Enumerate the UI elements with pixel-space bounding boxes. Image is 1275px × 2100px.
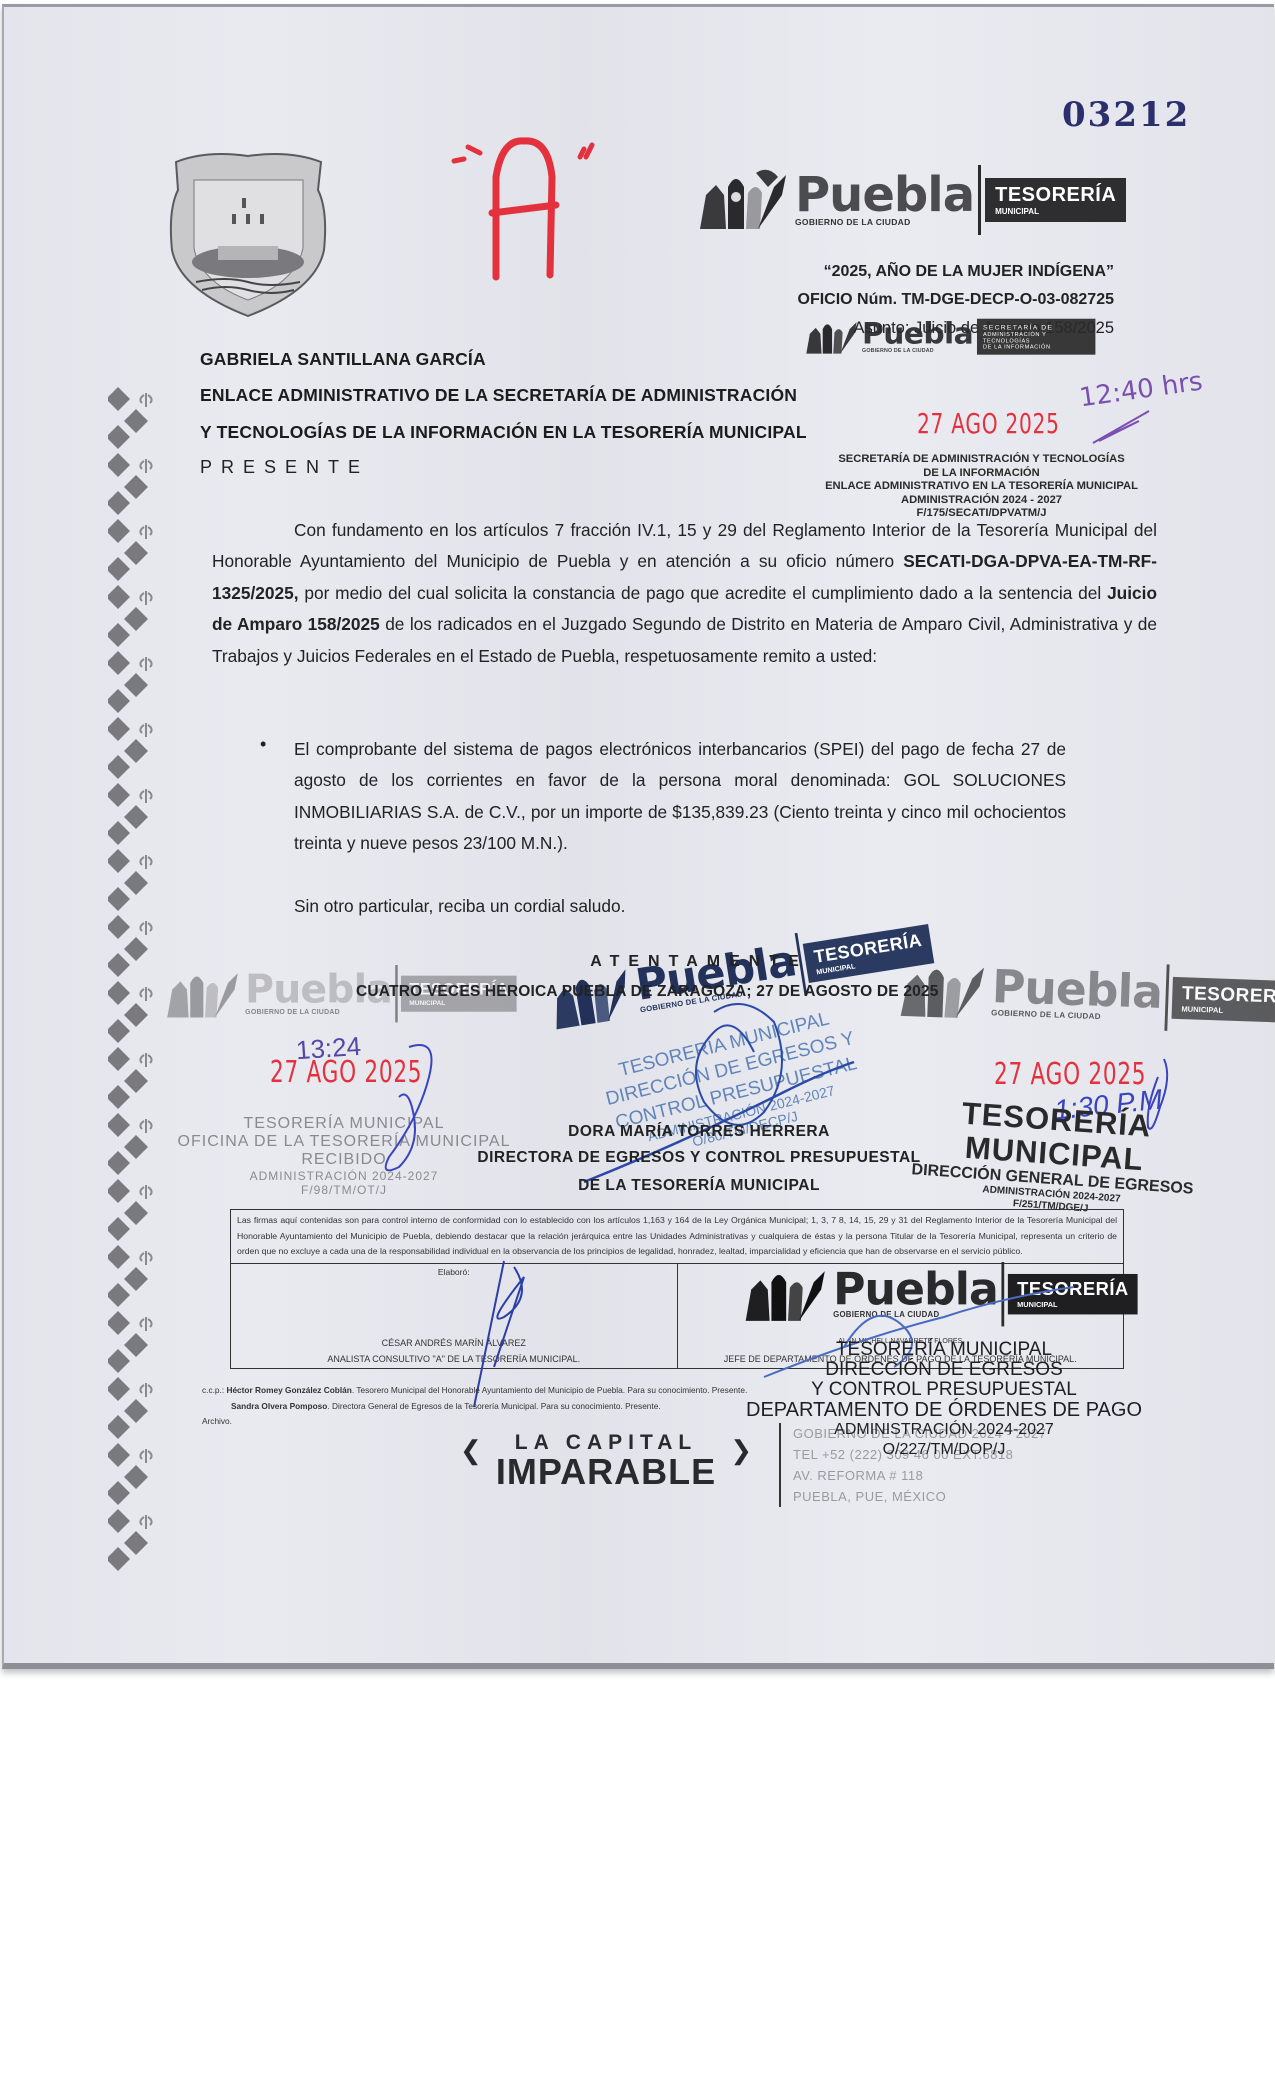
secati-logo-stamp: Puebla GOBIERNO DE LA CIUDAD SECRETARÍA … xyxy=(804,315,1095,358)
stamp-line: ENLACE ADMINISTRATIVO EN LA TESORERÍA MU… xyxy=(804,480,1159,494)
city-emblem-icon xyxy=(696,165,791,235)
logo-department: TESORERÍA xyxy=(995,184,1116,207)
stamp-line: O/227/TM/DOP/J xyxy=(744,1440,1144,1460)
puebla-tesoreria-logo: Puebla GOBIERNO DE LA CIUDAD TESORERÍA M… xyxy=(696,165,1126,235)
slogan-logo: ❮ ❯ LA CAPITAL IMPARABLE xyxy=(466,1431,746,1489)
signer-name: DORA MARÍA TORRES HERRERA xyxy=(4,1123,1275,1141)
left-wing-icon: ❮ xyxy=(460,1435,482,1466)
recipient-title-line1: ENLACE ADMINISTRATIVO DE LA SECRETARÍA D… xyxy=(200,385,797,406)
body-text-segment: por medio del cual solicita la constanci… xyxy=(299,583,1108,603)
decorative-border xyxy=(108,385,158,1575)
right-wing-icon: ❯ xyxy=(730,1435,752,1466)
slogan-line2: IMPARABLE xyxy=(466,1455,746,1489)
contact-line: AV. REFORMA # 118 xyxy=(793,1465,1046,1486)
signer-title: DIRECTORA DE EGRESOS Y CONTROL PRESUPUES… xyxy=(4,1149,1275,1167)
logo-department-sub: MUNICIPAL xyxy=(1017,1301,1128,1309)
bullet-icon: • xyxy=(260,734,266,755)
coat-of-arms-icon xyxy=(166,150,331,318)
logo-tag-line: ADMINISTRACIÓN Y TECNOLOGÍAS xyxy=(983,331,1089,343)
signer-title-cont: DE LA TESORERÍA MUNICIPAL xyxy=(4,1177,1275,1195)
legal-disclaimer: Las firmas aquí contenidas son para cont… xyxy=(231,1210,1123,1264)
handwritten-initial xyxy=(1089,407,1159,447)
elaboro-label: Elaboró: xyxy=(231,1267,677,1277)
place-and-date: CUATRO VECES HEROICA PUEBLA DE ZARAGOZA;… xyxy=(356,983,939,1001)
handwritten-a-mark xyxy=(424,137,624,287)
secati-received-stamp: SECRETARÍA DE ADMINISTRACIÓN Y TECNOLOGÍ… xyxy=(804,453,1159,521)
oficio-number: OFICIO Núm. TM-DGE-DECP-O-03-082725 xyxy=(798,286,1115,314)
logo-subtitle: GOBIERNO DE LA CIUDAD xyxy=(795,217,911,227)
city-emblem-icon xyxy=(164,965,242,1022)
atentamente-label: ATENTAMENTE xyxy=(4,953,1275,971)
bullet-item: El comprobante del sistema de pagos elec… xyxy=(294,734,1066,860)
received-date-stamp: 27 AGO 2025 xyxy=(270,1055,422,1090)
stamp-line: ADMINISTRACIÓN 2024 - 2027 xyxy=(804,494,1159,508)
copy-recipients: c.c.p.: Héctor Romey González Coblán. Te… xyxy=(202,1383,747,1430)
logo-city-name: Puebla xyxy=(991,966,1163,1014)
stamp-line: Y CONTROL PRESUPUESTAL xyxy=(744,1380,1144,1400)
elaborated-by-name: CÉSAR ANDRÉS MARÍN ÁLVAREZ xyxy=(231,1338,677,1348)
stamp-line: DE LA INFORMACIÓN xyxy=(804,467,1159,481)
ccp-archive: Archivo. xyxy=(202,1414,747,1430)
logo-department: TESORERÍA xyxy=(1017,1279,1128,1300)
logo-subtitle: GOBIERNO DE LA CIUDAD xyxy=(245,1008,340,1016)
stamp-line: ADMINISTRACIÓN 2024-2027 xyxy=(744,1420,1144,1440)
ordenes-pago-stamp: TESORERÍA MUNICIPAL DIRECCIÓN DE EGRESOS… xyxy=(744,1340,1144,1460)
logo-subtitle: GOBIERNO DE LA CIUDAD xyxy=(862,347,934,353)
body-paragraph: Con fundamento en los artículos 7 fracci… xyxy=(212,515,1157,672)
handwritten-time: 12:40 hrs xyxy=(1078,367,1205,414)
city-emblem-icon xyxy=(742,1262,829,1326)
logo-tag-line: DE LA INFORMACIÓN xyxy=(983,344,1089,350)
city-emblem-icon xyxy=(804,315,860,358)
stamp-line: TESORERÍA MUNICIPAL xyxy=(744,1340,1144,1360)
logo-tag-line: SECRETARÍA DE xyxy=(983,324,1089,331)
closing-line: Sin otro particular, reciba un cordial s… xyxy=(294,896,625,917)
presente-label: PRESENTE xyxy=(200,457,369,478)
tesoreria-logo-stamp: PueblaGOBIERNO DE LA CIUDAD TESORERÍAMUN… xyxy=(544,912,936,1035)
received-date-stamp: 27 AGO 2025 xyxy=(917,407,1060,440)
recipient-name: GABRIELA SANTILLANA GARCÍA xyxy=(200,349,486,370)
scanned-page: 03212 Puebla GOBIERNO DE LA CIUDAD xyxy=(2,4,1274,1669)
logo-city-name: Puebla xyxy=(862,320,973,347)
logo-city-name: Puebla xyxy=(795,173,974,217)
stamp-line: DEPARTAMENTO DE ÓRDENES DE PAGO xyxy=(744,1400,1144,1420)
stamp-line: DIRECCIÓN DE EGRESOS xyxy=(744,1360,1144,1380)
ccp-name: Héctor Romey González Coblán xyxy=(226,1385,351,1395)
logo-department-sub: MUNICIPAL xyxy=(995,207,1116,216)
logo-department-sub: MUNICIPAL xyxy=(1181,1005,1275,1018)
logo-subtitle: GOBIERNO DE LA CIUDAD xyxy=(833,1310,939,1319)
ccp-text: . Tesorero Municipal del Honorable Ayunt… xyxy=(352,1385,747,1395)
recipient-title-line2: Y TECNOLOGÍAS DE LA INFORMACIÓN EN LA TE… xyxy=(200,422,807,443)
ccp-name: Sandra Olvera Pomposo xyxy=(231,1401,327,1411)
contact-line: PUEBLA, PUE, MÉXICO xyxy=(793,1486,1046,1507)
year-motto: “2025, AÑO DE LA MUJER INDÍGENA” xyxy=(824,258,1114,286)
ccp-text: . Directora General de Egresos de la Tes… xyxy=(327,1401,660,1411)
elaboro-cell: Elaboró: CÉSAR ANDRÉS MARÍN ÁLVAREZ ANAL… xyxy=(231,1264,677,1368)
ccp-label: c.c.p.: xyxy=(202,1385,224,1395)
folio-number: 03212 xyxy=(1062,95,1190,135)
elaborated-by-role: ANALISTA CONSULTIVO "A" DE LA TESORERÍA … xyxy=(231,1354,677,1364)
tesoreria-logo-stamp: PueblaGOBIERNO DE LA CIUDAD TESORERÍAMUN… xyxy=(742,1262,1138,1326)
logo-city-name: Puebla xyxy=(833,1269,998,1309)
stamp-line: SECRETARÍA DE ADMINISTRACIÓN Y TECNOLOGÍ… xyxy=(804,453,1159,467)
